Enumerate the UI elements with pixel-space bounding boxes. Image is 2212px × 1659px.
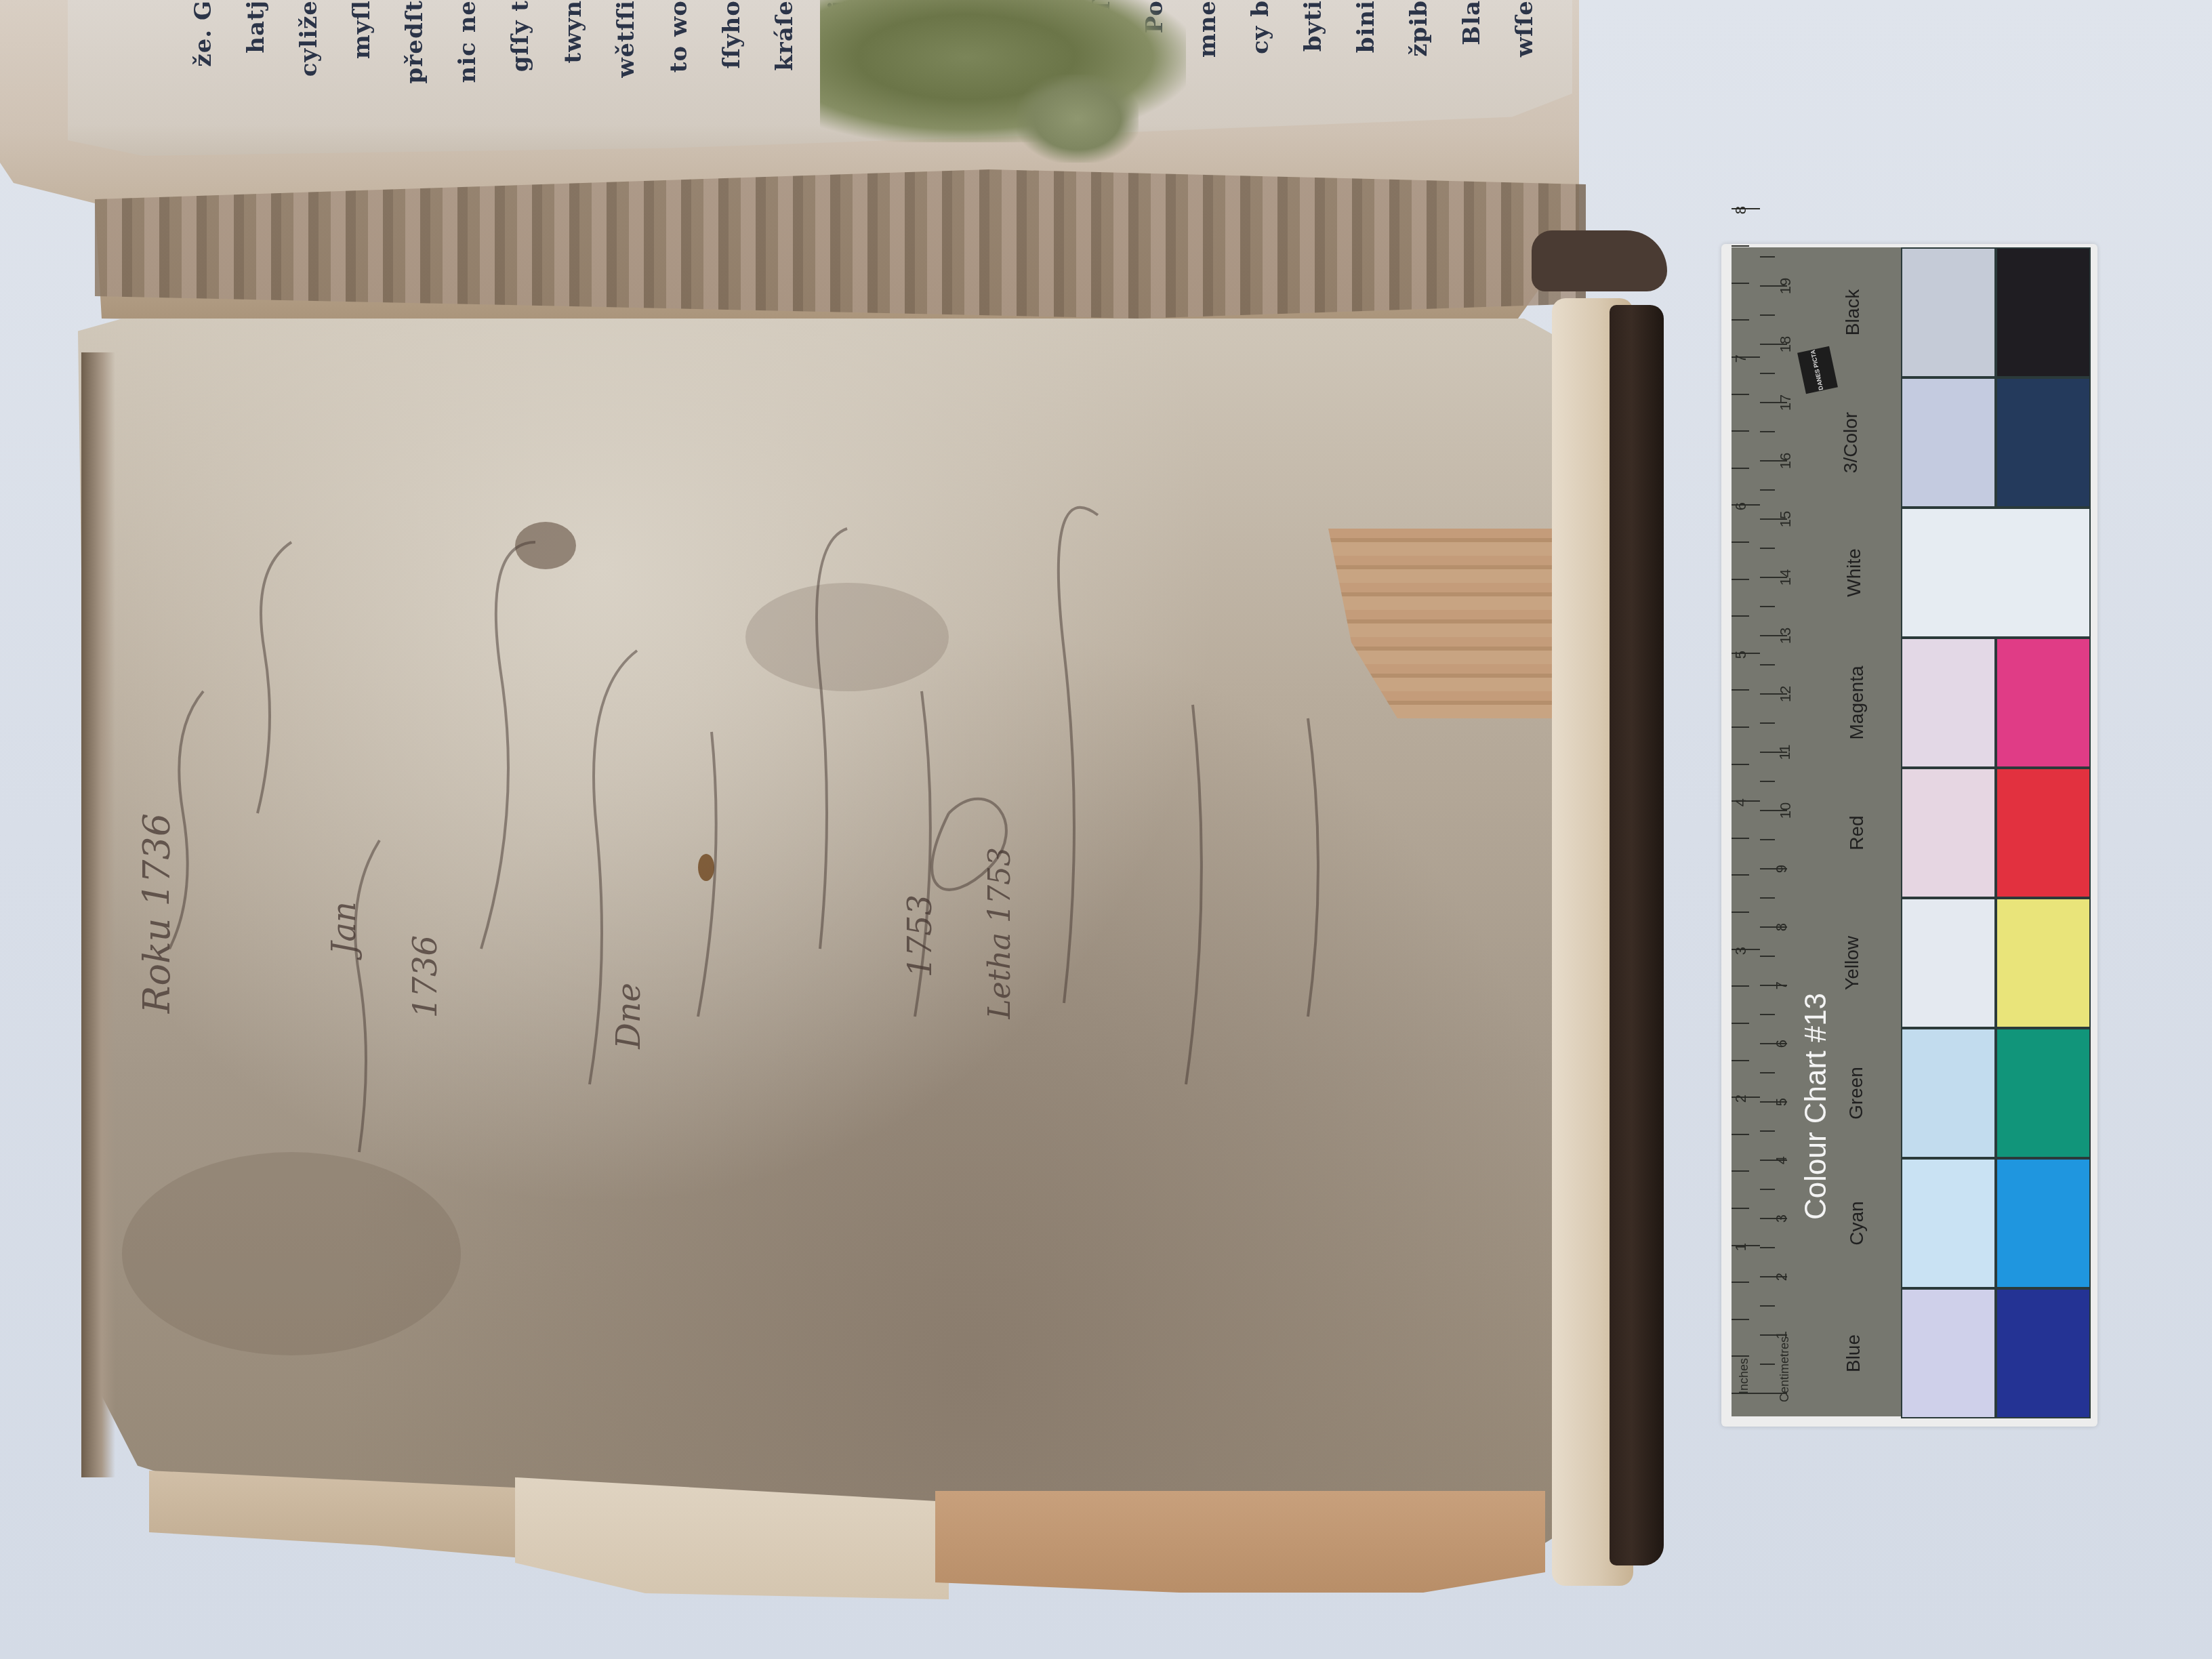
inch-tick bbox=[1732, 985, 1749, 987]
inch-tick bbox=[1732, 1134, 1749, 1135]
inch-tick bbox=[1732, 1023, 1749, 1024]
ruler: 1234567891011121314151617181912345678 Co… bbox=[1732, 247, 1901, 1416]
inch-number: 6 bbox=[1732, 502, 1750, 510]
cm-number: 9 bbox=[1773, 865, 1790, 873]
inch-tick bbox=[1732, 1170, 1749, 1172]
inch-tick bbox=[1732, 1282, 1749, 1283]
colour-patch-red-light bbox=[1901, 768, 1996, 898]
cm-number: 11 bbox=[1776, 745, 1794, 760]
printed-text-line: ſſyho bbox=[718, 0, 745, 68]
cm-number: 19 bbox=[1777, 278, 1795, 294]
patch-label: Yellow bbox=[1841, 936, 1863, 990]
printed-text-line: předſt bbox=[401, 0, 428, 83]
cm-tick bbox=[1760, 431, 1775, 432]
cm-tick bbox=[1760, 897, 1775, 899]
patch-label: Blue bbox=[1843, 1334, 1864, 1372]
inch-number: 4 bbox=[1732, 798, 1750, 806]
cm-tick bbox=[1760, 606, 1775, 607]
inch-tick bbox=[1732, 764, 1749, 765]
cm-tick bbox=[1760, 489, 1775, 491]
patch-label: Magenta bbox=[1846, 666, 1868, 740]
inch-number: 7 bbox=[1732, 354, 1750, 363]
patch-label: Green bbox=[1845, 1067, 1867, 1120]
colour-patch-blue bbox=[1996, 1288, 2091, 1418]
cm-number: 15 bbox=[1777, 511, 1795, 527]
handwriting-scribbles bbox=[102, 339, 1559, 1423]
cm-tick bbox=[1760, 1305, 1775, 1307]
cm-tick bbox=[1760, 1130, 1775, 1132]
inch-tick bbox=[1732, 245, 1749, 247]
patch-label: Cyan bbox=[1846, 1201, 1868, 1245]
cm-tick bbox=[1760, 1247, 1775, 1248]
inch-tick bbox=[1732, 874, 1749, 876]
colour-patch-red bbox=[1996, 768, 2091, 898]
cm-tick bbox=[1760, 956, 1775, 957]
patch-label: Red bbox=[1846, 815, 1868, 850]
printed-text-line: byti bbox=[1300, 0, 1327, 52]
colour-patch-cyan bbox=[1996, 1158, 2091, 1288]
colour-patch-cyan-light bbox=[1901, 1158, 1996, 1288]
printed-text-line: nic ne bbox=[454, 0, 481, 83]
printed-text-line: wětſſi bbox=[613, 0, 640, 78]
inch-tick bbox=[1732, 689, 1749, 691]
inch-tick bbox=[1732, 394, 1749, 395]
inch-tick bbox=[1732, 1208, 1749, 1209]
cm-tick bbox=[1760, 548, 1775, 549]
cm-number: 2 bbox=[1773, 1273, 1790, 1281]
colour-patch-green bbox=[1996, 1028, 2091, 1158]
inch-tick bbox=[1732, 1060, 1749, 1061]
cm-tick bbox=[1760, 664, 1775, 665]
printed-text-line: hatj bbox=[243, 0, 270, 54]
cm-number: 10 bbox=[1777, 802, 1795, 819]
printed-text-line: gſſy t bbox=[507, 0, 534, 72]
colour-patch-black bbox=[1996, 247, 2091, 377]
printed-text-line: cyliže bbox=[295, 0, 323, 77]
inch-tick bbox=[1732, 468, 1749, 469]
cm-number: 7 bbox=[1773, 981, 1790, 989]
printed-text-line: cy b bbox=[1247, 0, 1274, 54]
cm-number: 16 bbox=[1777, 453, 1795, 469]
printed-text-line: to wo bbox=[665, 0, 693, 73]
cm-tick bbox=[1760, 373, 1775, 374]
inch-tick bbox=[1732, 838, 1749, 839]
inch-number: 1 bbox=[1732, 1242, 1750, 1250]
printed-text-line: wſſe bbox=[1511, 0, 1538, 57]
inch-number: 3 bbox=[1732, 947, 1750, 955]
printed-text-line: Bla bbox=[1458, 0, 1486, 45]
colour-patch-green-light bbox=[1901, 1028, 1996, 1158]
inch-number: 8 bbox=[1732, 206, 1750, 214]
inch-tick bbox=[1732, 319, 1749, 321]
cm-tick bbox=[1760, 1072, 1775, 1073]
patch-label: White bbox=[1843, 548, 1865, 597]
printed-text-line: twyn bbox=[560, 0, 587, 63]
colour-patch-yellow-light bbox=[1901, 898, 1996, 1028]
inch-tick bbox=[1732, 579, 1749, 580]
cm-tick bbox=[1760, 314, 1775, 316]
inch-number: 2 bbox=[1732, 1094, 1750, 1103]
chart-title: Colour Chart #13 bbox=[1799, 976, 1837, 1220]
colour-patch-blue-light bbox=[1901, 1288, 1996, 1418]
cm-number: 18 bbox=[1777, 336, 1795, 352]
cm-tick bbox=[1760, 839, 1775, 840]
cm-number: 3 bbox=[1773, 1214, 1790, 1223]
cm-tick bbox=[1760, 256, 1775, 258]
units-inches-label: Inches bbox=[1737, 1358, 1751, 1394]
inch-tick bbox=[1732, 430, 1749, 432]
colour-patch-3-color bbox=[1996, 377, 2091, 508]
inch-tick bbox=[1732, 726, 1749, 728]
inch-tick bbox=[1732, 615, 1749, 617]
printed-text-line: bini bbox=[1353, 0, 1380, 53]
colour-patch-yellow bbox=[1996, 898, 2091, 1028]
colour-patch-white bbox=[1901, 508, 2091, 638]
exposed-sewing-cords bbox=[95, 169, 1586, 319]
cm-tick bbox=[1760, 1189, 1775, 1190]
cm-tick bbox=[1760, 781, 1775, 782]
inch-tick bbox=[1732, 912, 1749, 913]
printed-text-line: myſl bbox=[348, 0, 375, 59]
cm-tick bbox=[1760, 722, 1775, 724]
cm-number: 17 bbox=[1777, 394, 1795, 411]
cm-number: 14 bbox=[1777, 569, 1795, 586]
colour-patch-magenta-light bbox=[1901, 638, 1996, 768]
spine-leather bbox=[1610, 305, 1664, 1565]
colour-patch-3-color-light bbox=[1901, 377, 1996, 508]
leather-fragment bbox=[1532, 230, 1667, 291]
exposed-wood-lower bbox=[935, 1491, 1545, 1593]
inch-tick bbox=[1732, 541, 1749, 543]
cm-tick bbox=[1760, 1364, 1775, 1365]
cm-tick bbox=[1760, 1014, 1775, 1015]
pressed-plant-leaf bbox=[1017, 75, 1139, 163]
cm-number: 8 bbox=[1773, 923, 1790, 931]
printed-text-line: mne bbox=[1194, 0, 1221, 58]
inch-tick bbox=[1732, 283, 1749, 284]
inch-tick bbox=[1732, 1319, 1749, 1320]
colour-patch-magenta bbox=[1996, 638, 2091, 768]
printed-text-line: žpib bbox=[1406, 0, 1433, 57]
cm-number: 6 bbox=[1773, 1040, 1790, 1048]
printed-text-line: kráſe bbox=[771, 0, 798, 71]
patch-label: Black bbox=[1842, 289, 1864, 335]
printed-text-line: že. G bbox=[190, 0, 217, 67]
inch-number: 5 bbox=[1732, 651, 1750, 659]
cm-number: 5 bbox=[1773, 1098, 1790, 1106]
cm-number: 13 bbox=[1777, 628, 1795, 644]
units-cm-label: Centimetres bbox=[1778, 1336, 1792, 1402]
patch-label: 3/Color bbox=[1840, 412, 1862, 473]
inch-tick bbox=[1732, 1355, 1749, 1357]
colour-patch-black-light bbox=[1901, 247, 1996, 377]
cm-number: 4 bbox=[1773, 1156, 1790, 1164]
cm-number: 12 bbox=[1777, 686, 1795, 702]
